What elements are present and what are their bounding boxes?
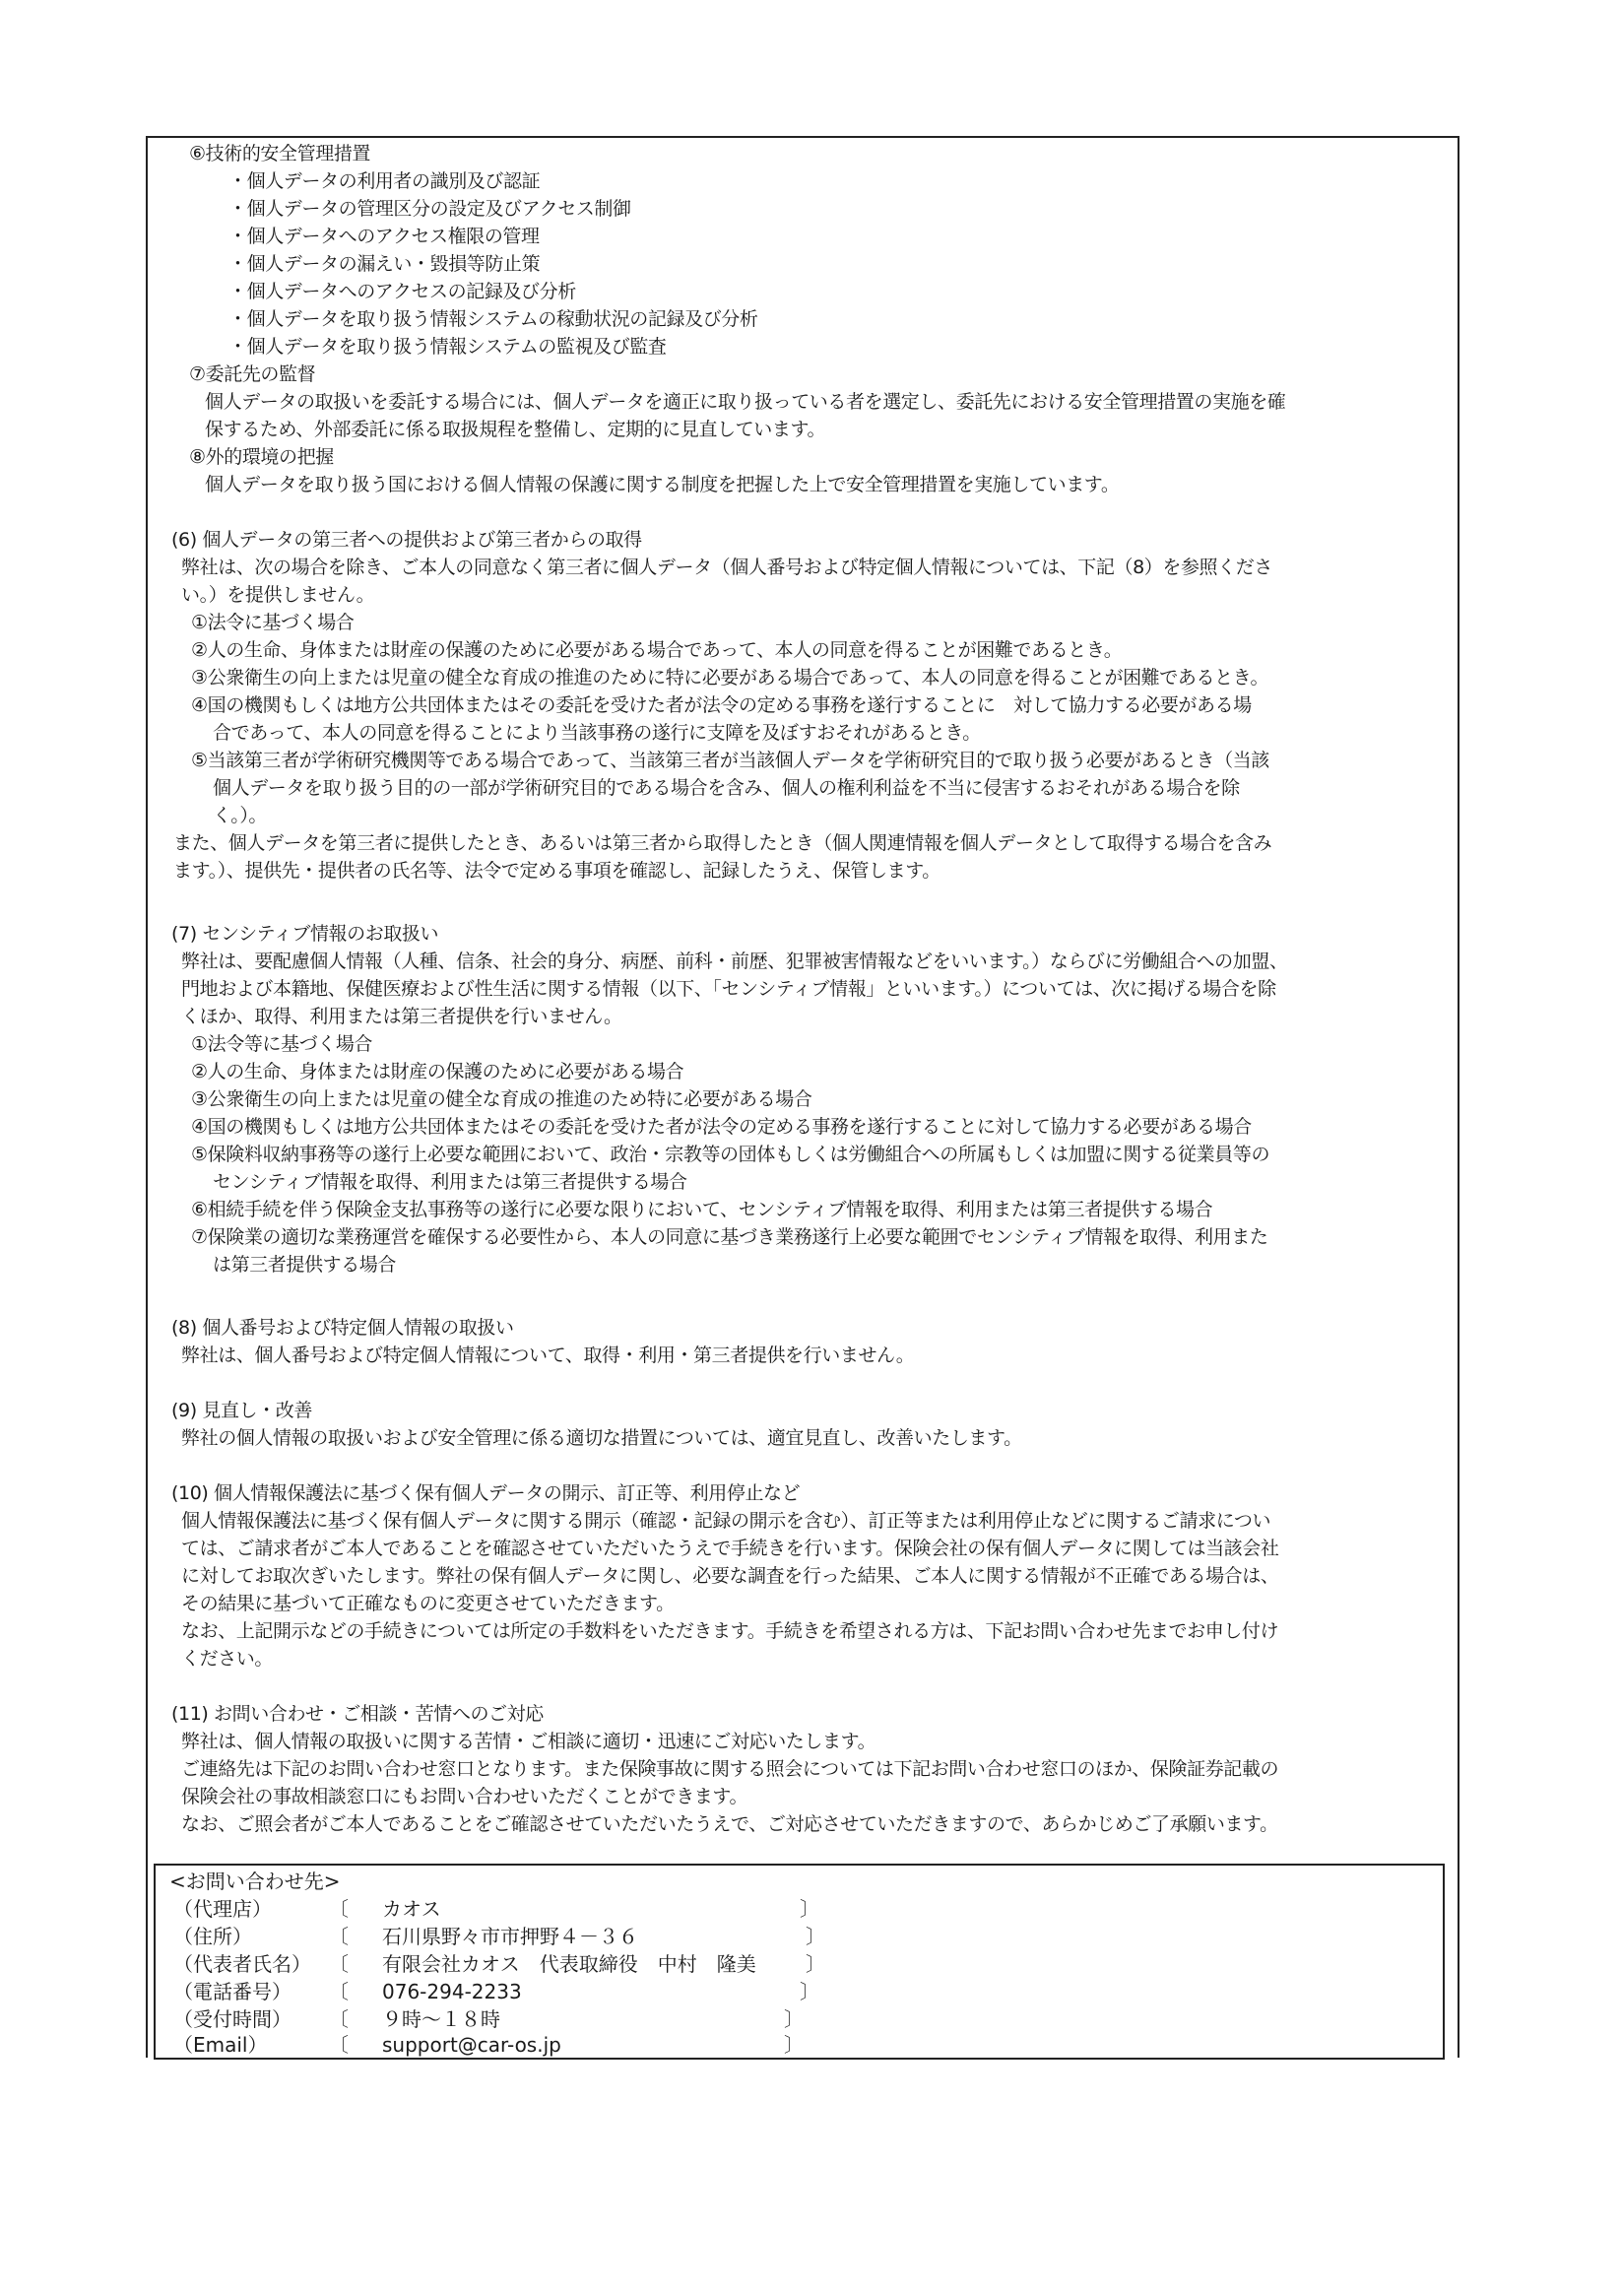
close-bracket: 〕 bbox=[800, 1978, 819, 2005]
paragraph-line: 個人データの取扱いを委託する場合には、個人データを適正に取り扱っている者を選定し… bbox=[205, 388, 1285, 416]
close-bracket: 〕 bbox=[800, 1895, 819, 1923]
section-8-heading: (8) 個人番号および特定個人情報の取扱い bbox=[171, 1314, 514, 1342]
contact-label: （代理店） bbox=[173, 1895, 272, 1923]
close-bracket: 〕 bbox=[784, 2031, 804, 2059]
paragraph-line: なお、ご照会者がご本人であることをご確認させていただいたうえで、ご対応させていた… bbox=[181, 1810, 1278, 1838]
list-item-continuation: 個人データを取り扱う目的の一部が学術研究目的である場合を含み、個人の権利利益を不… bbox=[213, 774, 1240, 802]
paragraph-line: くほか、取得、利用または第三者提供を行いません。 bbox=[181, 1003, 622, 1030]
paragraph-line: 個人データを取り扱う国における個人情報の保護に関する制度を把握した上で安全管理措… bbox=[205, 471, 1119, 498]
paragraph-line: 弊社は、次の場合を除き、ご本人の同意なく第三者に個人データ（個人番号および特定個… bbox=[181, 554, 1272, 581]
list-item: ③公衆衛生の向上または児童の健全な育成の推進のために特に必要がある場合であって、… bbox=[191, 664, 1268, 691]
bullet-item: ・個人データを取り扱う情報システムの監視及び監査 bbox=[228, 333, 667, 361]
paragraph-line: 弊社の個人情報の取扱いおよび安全管理に係る適切な措置については、適宜見直し、改善… bbox=[181, 1424, 1022, 1452]
contact-value: カオス bbox=[382, 1895, 441, 1923]
list-item-continuation: 合であって、本人の同意を得ることにより当該事務の遂行に支障を及ぼすおそれがあると… bbox=[213, 719, 981, 747]
contact-value: 076-294-2233 bbox=[382, 1978, 522, 2005]
open-bracket: 〔 bbox=[329, 1923, 349, 1950]
open-bracket: 〔 bbox=[329, 2005, 349, 2033]
contact-value: ９時～１８時 bbox=[382, 2005, 500, 2033]
contact-row-hours: （受付時間） 〔 ９時～１８時 〕 bbox=[169, 2005, 859, 2033]
contact-email[interactable]: support@car-os.jp bbox=[382, 2031, 561, 2059]
contact-title: <お問い合わせ先> bbox=[169, 1868, 341, 1895]
list-item: ④国の機関もしくは地方公共団体またはその委託を受けた者が法令の定める事務を遂行す… bbox=[191, 1113, 1252, 1141]
contact-value: 石川県野々市市押野４－３６ bbox=[382, 1923, 638, 1950]
paragraph-line: 弊社は、要配慮個人情報（人種、信条、社会的身分、病歴、前科・前歴、犯罪被害情報な… bbox=[181, 948, 1288, 975]
section-10-heading: (10) 個人情報保護法に基づく保有個人データの開示、訂正等、利用停止など bbox=[171, 1479, 800, 1507]
paragraph-line: また、個人データを第三者に提供したとき、あるいは第三者から取得したとき（個人関連… bbox=[173, 829, 1271, 857]
external-environment-heading: ⑧外的環境の把握 bbox=[189, 443, 334, 471]
paragraph-line: に対してお取次ぎいたします。弊社の保有個人データに関し、必要な調査を行った結果、… bbox=[181, 1562, 1278, 1590]
list-item-continuation: く。）。 bbox=[213, 802, 267, 829]
paragraph-line: その結果に基づいて正確なものに変更させていただきます。 bbox=[181, 1590, 675, 1617]
close-bracket: 〕 bbox=[806, 1950, 825, 1978]
open-bracket: 〔 bbox=[329, 1950, 349, 1978]
list-item: ④国の機関もしくは地方公共団体またはその委託を受けた者が法令の定める事務を遂行す… bbox=[191, 691, 1252, 719]
paragraph-line: 弊社は、個人情報の取扱いに関する苦情・ご相談に適切・迅速にご対応いたします。 bbox=[181, 1728, 875, 1755]
paragraph-line: ては、ご請求者がご本人であることを確認させていただいたうえで手続きを行います。保… bbox=[181, 1535, 1278, 1562]
contact-label: （受付時間） bbox=[173, 2005, 292, 2033]
contact-row-address: （住所） 〔 石川県野々市市押野４－３６ 〕 bbox=[169, 1923, 859, 1950]
list-item-continuation: センシティブ情報を取得、利用または第三者提供する場合 bbox=[213, 1168, 687, 1196]
paragraph-line: ます。）、提供先・提供者の氏名等、法令で定める事項を確認し、記録したうえ、保管し… bbox=[173, 857, 940, 885]
close-bracket: 〕 bbox=[806, 1923, 825, 1950]
contact-label: （住所） bbox=[173, 1923, 252, 1950]
bullet-item: ・個人データの漏えい・毀損等防止策 bbox=[228, 250, 540, 278]
list-item: ①法令等に基づく場合 bbox=[191, 1030, 372, 1058]
list-item: ⑥相続手続を伴う保険金支払事務等の遂行に必要な限りにおいて、センシティブ情報を取… bbox=[191, 1196, 1212, 1223]
list-item: ③公衆衛生の向上または児童の健全な育成の推進のため特に必要がある場合 bbox=[191, 1085, 811, 1113]
bullet-item: ・個人データの管理区分の設定及びアクセス制御 bbox=[228, 195, 631, 223]
section-7-heading: (7) センシティブ情報のお取扱い bbox=[171, 920, 438, 948]
paragraph-line: 門地および本籍地、保健医療および性生活に関する情報（以下、「センシティブ情報」と… bbox=[181, 975, 1276, 1003]
open-bracket: 〔 bbox=[329, 1895, 349, 1923]
list-item: ⑤当該第三者が学術研究機関等である場合であって、当該第三者が当該個人データを学術… bbox=[191, 747, 1269, 774]
paragraph-line: 弊社は、個人番号および特定個人情報について、取得・利用・第三者提供を行いません。 bbox=[181, 1342, 914, 1369]
technical-safety-heading: ⑥技術的安全管理措置 bbox=[189, 140, 370, 167]
contact-label: （Email） bbox=[173, 2031, 268, 2059]
bullet-item: ・個人データを取り扱う情報システムの稼動状況の記録及び分析 bbox=[228, 305, 758, 333]
list-item-continuation: は第三者提供する場合 bbox=[213, 1251, 396, 1279]
bullet-item: ・個人データへのアクセス権限の管理 bbox=[228, 223, 540, 250]
paragraph-line: い。）を提供しません。 bbox=[181, 581, 374, 609]
contact-label: （電話番号） bbox=[173, 1978, 292, 2005]
contact-box: <お問い合わせ先> （代理店） 〔 カオス 〕 （住所） 〔 石川県野々市市押野… bbox=[154, 1864, 1445, 2060]
open-bracket: 〔 bbox=[329, 2031, 349, 2059]
bullet-item: ・個人データへのアクセスの記録及び分析 bbox=[228, 278, 576, 305]
open-bracket: 〔 bbox=[329, 1978, 349, 2005]
list-item: ②人の生命、身体または財産の保護のために必要がある場合であって、本人の同意を得る… bbox=[191, 636, 1122, 664]
bullet-item: ・個人データの利用者の識別及び認証 bbox=[228, 167, 540, 195]
outsourcing-heading: ⑦委託先の監督 bbox=[189, 361, 315, 388]
paragraph-line: 保険会社の事故相談窓口にもお問い合わせいただくことができます。 bbox=[181, 1783, 747, 1810]
list-item: ⑦保険業の適切な業務運営を確保する必要性から、本人の同意に基づき業務遂行上必要な… bbox=[191, 1223, 1267, 1251]
list-item: ①法令に基づく場合 bbox=[191, 609, 354, 636]
paragraph-line: ご連絡先は下記のお問い合わせ窓口となります。また保険事故に関する照会については下… bbox=[181, 1755, 1278, 1783]
list-item: ⑤保険料収納事務等の遂行上必要な範囲において、政治・宗教等の団体もしくは労働組合… bbox=[191, 1141, 1269, 1168]
contact-value: 有限会社カオス 代表取締役 中村 隆美 bbox=[382, 1950, 756, 1978]
paragraph-line: ください。 bbox=[181, 1645, 273, 1673]
paragraph-line: 保するため、外部委託に係る取扱規程を整備し、定期的に見直しています。 bbox=[205, 416, 825, 443]
document-frame: ⑥技術的安全管理措置 ・個人データの利用者の識別及び認証 ・個人データの管理区分… bbox=[146, 136, 1459, 2058]
section-11-heading: (11) お問い合わせ・ご相談・苦情へのご対応 bbox=[171, 1700, 544, 1728]
close-bracket: 〕 bbox=[784, 2005, 804, 2033]
paragraph-line: 個人情報保護法に基づく保有個人データに関する開示（確認・記録の開示を含む）、訂正… bbox=[181, 1507, 1270, 1535]
contact-row-representative: （代表者氏名） 〔 有限会社カオス 代表取締役 中村 隆美 〕 bbox=[169, 1950, 859, 1978]
section-9-heading: (9) 見直し・改善 bbox=[171, 1397, 312, 1424]
section-6-heading: (6) 個人データの第三者への提供および第三者からの取得 bbox=[171, 526, 642, 554]
contact-row-agency: （代理店） 〔 カオス 〕 bbox=[169, 1895, 859, 1923]
paragraph-line: なお、上記開示などの手続きについては所定の手数料をいただきます。手続きを希望され… bbox=[181, 1617, 1278, 1645]
list-item: ②人の生命、身体または財産の保護のために必要がある場合 bbox=[191, 1058, 683, 1085]
contact-row-email: （Email） 〔 support@car-os.jp 〕 bbox=[169, 2031, 859, 2059]
contact-row-phone: （電話番号） 〔 076-294-2233 〕 bbox=[169, 1978, 859, 2005]
contact-label: （代表者氏名） bbox=[173, 1950, 311, 1978]
